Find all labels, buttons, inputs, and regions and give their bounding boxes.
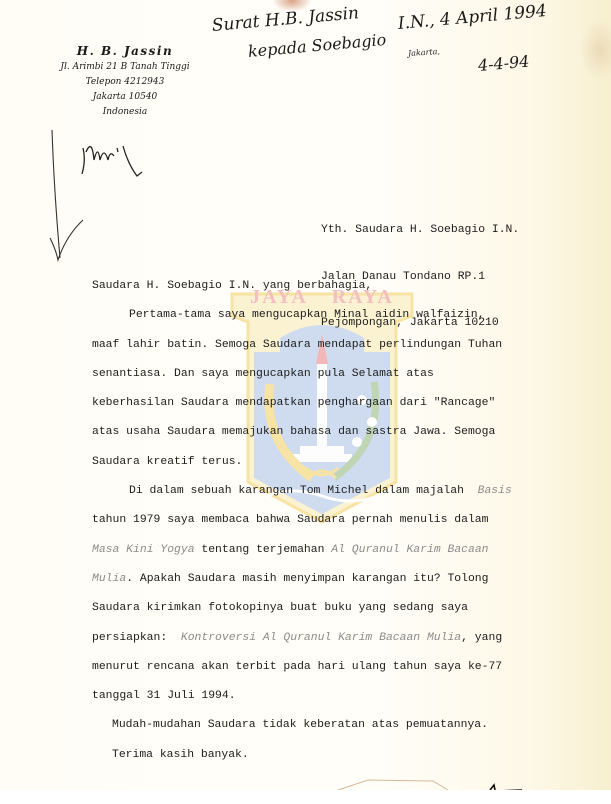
text-span: . Apakah Saudara masih menyimpan karanga…	[126, 572, 488, 601]
text-span: , yang	[461, 631, 502, 660]
printed-place: Jakarta,	[408, 47, 441, 58]
letterhead-address: Jl. Arimbi 21 B Tanah Tinggi	[20, 60, 230, 75]
book-title: Mulia	[92, 572, 126, 601]
body-line: Mulia. Apakah Saudara masih menyimpan ka…	[92, 572, 532, 601]
closing-line2: Terima kasih banyak.	[92, 748, 532, 777]
body-line: menurut rencana akan terbit pada hari ul…	[92, 660, 532, 689]
body-line: Saudara kreatif terus.	[92, 455, 532, 484]
letter-body: Saudara H. Soebagio I.N. yang berbahagia…	[92, 279, 532, 777]
handwritten-annotation-line1: Surat H.B. Jassin	[211, 3, 360, 36]
body-line: atas usaha Saudara memajukan bahasa dan …	[92, 425, 532, 454]
closing-line1: Mudah-mudahan Saudara tidak keberatan at…	[92, 718, 532, 747]
letterhead-name: H. B. Jassin	[20, 44, 230, 58]
body-line: Masa Kini Yogya tentang terjemahan Al Qu…	[92, 543, 532, 572]
handwritten-annotation-date: I.N., 4 April 1994	[397, 1, 547, 34]
body-line: senantiasa. Dan saya mengucapkan pula Se…	[92, 367, 532, 396]
body-line: keberhasilan Saudara mendapatkan penghar…	[92, 396, 532, 425]
margin-annotation	[0, 130, 160, 290]
body-line: Saudara kirimkan fotokopinya buat buku y…	[92, 601, 532, 630]
text-span: Di dalam sebuah karangan Tom Michel dala…	[129, 484, 464, 513]
magazine-title: Basis	[478, 484, 512, 513]
scribble-signature-icon	[82, 146, 142, 176]
handwritten-annotation-line2: kepada Soebagio	[247, 30, 387, 61]
body-line: persiapkan: Kontroversi Al Quranul Karim…	[92, 631, 532, 660]
down-arrow-icon	[50, 130, 83, 260]
text-span: tentang terjemahan	[201, 543, 324, 572]
book-title: Al Quranul Karim Bacaan	[331, 543, 488, 572]
letterhead-city: Jakarta 10540	[20, 90, 230, 105]
body-line: Pertama-tama saya mengucapkan Minal aidi…	[92, 308, 532, 337]
body-line: Di dalam sebuah karangan Tom Michel dala…	[92, 484, 532, 513]
annotation-recipient: kepada Soebagio	[247, 30, 387, 61]
body-line: tahun 1979 saya membaca bahwa Saudara pe…	[92, 513, 532, 542]
book-title: Kontroversi Al Quranul Karim Bacaan Muli…	[181, 631, 461, 660]
recipient-line1: Yth. Saudara H. Soebagio I.N.	[321, 223, 519, 239]
letterhead-country: Indonesia	[20, 105, 230, 120]
handwritten-date: 4-4-94	[477, 52, 530, 75]
publication-title: Masa Kini Yogya	[92, 543, 195, 572]
paper-stain	[580, 20, 611, 80]
salutation: Saudara H. Soebagio I.N. yang berbahagia…	[92, 279, 532, 308]
body-line: tanggal 31 Juli 1994.	[92, 689, 532, 718]
text-span: persiapkan:	[92, 631, 167, 660]
letterhead: H. B. Jassin Jl. Arimbi 21 B Tanah Tingg…	[20, 44, 230, 120]
body-line: maaf lahir batin. Semoga Saudara mendapa…	[92, 338, 532, 367]
letterhead-phone: Telepon 4212943	[20, 75, 230, 90]
scan-edge	[0, 790, 611, 804]
